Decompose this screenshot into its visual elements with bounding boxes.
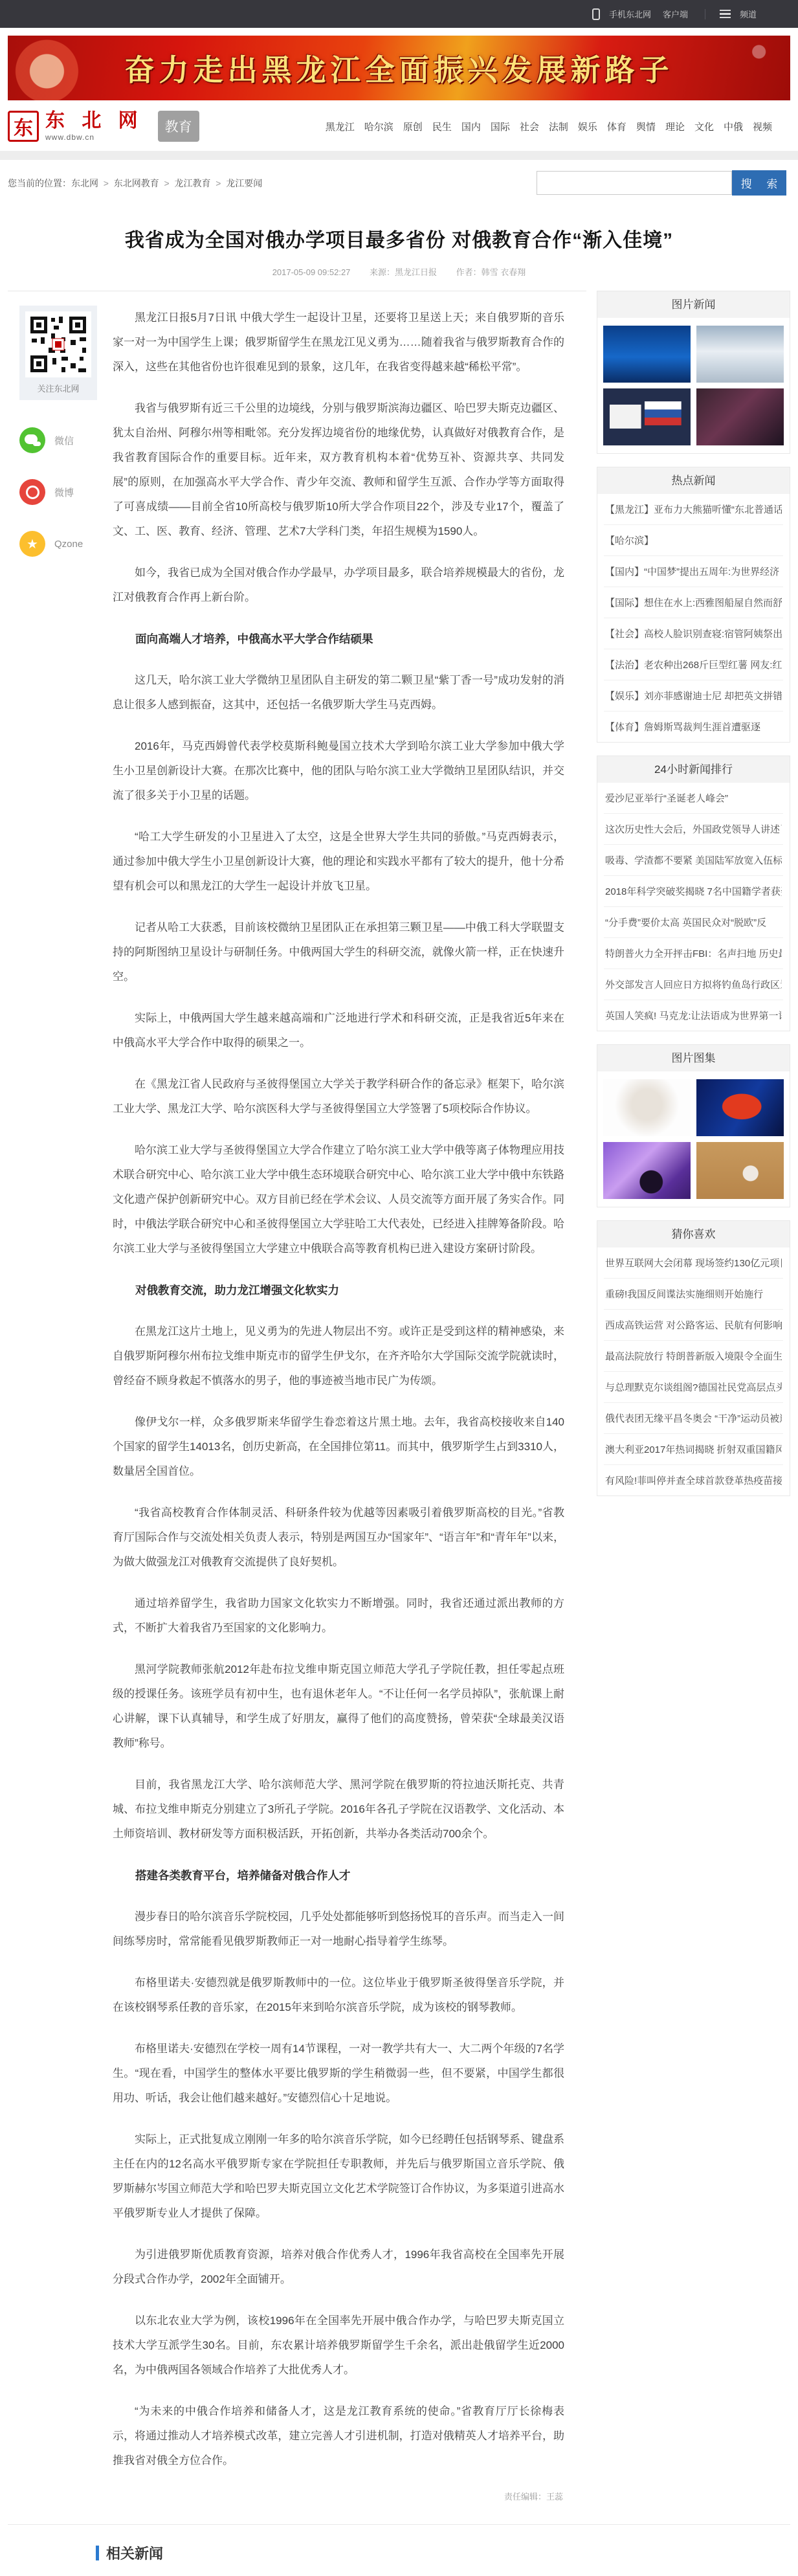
photo-news-title: 图片新闻 bbox=[597, 291, 790, 318]
nav-link[interactable]: 民生 bbox=[432, 120, 452, 133]
share-button[interactable]: 微信 bbox=[19, 427, 105, 453]
guess-you-like-block: 猜你喜欢 世界互联网大会闭幕 现场签约130亿元项目重磅!我国反间谍法实施细则开… bbox=[597, 1220, 790, 1496]
publish-date: 2017-05-09 09:52:27 bbox=[272, 267, 351, 277]
share-icon bbox=[19, 427, 45, 453]
article-paragraph: 布格里诺夫·安德烈在学校一周有14节课程，一对一教学共有大一、大二两个年级的7名… bbox=[113, 2037, 564, 2111]
article-paragraph: 目前，我省黑龙江大学、哈尔滨师范大学、黑河学院在俄罗斯的符拉迪沃斯托克、共青城、… bbox=[113, 1773, 564, 1846]
article-left-rail: 关注东北网 微信 微博 Qzone bbox=[8, 306, 105, 2522]
article-paragraph: 黑河学院教师张航2012年赴布拉戈维申斯克国立师范大学孔子学院任教，担任零起点班… bbox=[113, 1657, 564, 1756]
nav-link[interactable]: 黑龙江 bbox=[326, 120, 355, 133]
news-item-title: 詹姆斯骂裁判生涯首遭驱逐 bbox=[644, 720, 760, 734]
nav-link[interactable]: 中俄 bbox=[724, 120, 743, 133]
logo-url: www.dbw.cn bbox=[45, 133, 144, 142]
client-app-link[interactable]: 客户端 bbox=[660, 8, 691, 20]
mobile-phone-icon bbox=[592, 8, 600, 20]
news-category-tag: 【法治】 bbox=[605, 658, 644, 671]
news-photo[interactable] bbox=[603, 326, 691, 383]
article-paragraph: “我省高校教育合作体制灵活、科研条件较为优越等因素吸引着俄罗斯高校的目光。”省教… bbox=[113, 1501, 564, 1574]
news-photo[interactable] bbox=[696, 388, 784, 445]
gallery-photo[interactable] bbox=[696, 1079, 784, 1136]
breadcrumb-link[interactable]: 龙江教育 bbox=[174, 178, 226, 188]
rank-news-item[interactable]: 这次历史性大会后，外国政党领导人讲述了这 bbox=[604, 814, 783, 845]
rank-news-item[interactable]: 吸毒、学渣都不要紧 美国陆军放宽入伍标准 bbox=[604, 845, 783, 876]
recommend-news-item[interactable]: 俄代表团无缘平昌冬奥会 “干净”运动员被邀 bbox=[604, 1403, 783, 1434]
related-news-header: 相关新闻 bbox=[96, 2543, 798, 2563]
guess-you-like-title: 猜你喜欢 bbox=[597, 1221, 790, 1248]
article-paragraph: 像伊戈尔一样，众多俄罗斯来华留学生眷恋着这片黑土地。去年，我省高校接收来自140… bbox=[113, 1410, 564, 1484]
article-paragraph: 布格里诺夫·安德烈就是俄罗斯教师中的一位。这位毕业于俄罗斯圣彼得堡音乐学院，并在… bbox=[113, 1971, 564, 2020]
nav-link[interactable]: 娱乐 bbox=[578, 120, 597, 133]
photo-gallery-block: 图片图集 bbox=[597, 1044, 790, 1207]
news-category-tag: 【哈尔滨】 bbox=[605, 533, 654, 547]
news-item-title: 想住在水上:西雅图船屋自然而舒 bbox=[644, 596, 782, 609]
share-panel: 微信 微博 Qzone bbox=[19, 427, 105, 557]
article-paragraph: 为引进俄罗斯优质教育资源，培养对俄合作优秀人才，1996年我省高校在全国率先开展… bbox=[113, 2243, 564, 2292]
rank-24h-block: 24小时新闻排行 爱沙尼亚举行“圣诞老人峰会”这次历史性大会后，外国政党领导人讲… bbox=[597, 756, 790, 1031]
rank-news-item[interactable]: 特朗普火力全开抨击FBI：名声扫地 历史最糟 bbox=[604, 938, 783, 969]
article-column: 关注东北网 微信 微博 Qzone bbox=[8, 291, 586, 2522]
site-header: 东 东 北 网 www.dbw.cn 教育 黑龙江哈尔滨原创民生国内国际社会法制… bbox=[0, 100, 798, 151]
rank-news-item[interactable]: 外交部发言人回应日方拟将钓鱼岛行政区划更 bbox=[604, 969, 783, 1000]
nav-link[interactable]: 哈尔滨 bbox=[364, 120, 393, 133]
news-category-tag: 【社会】 bbox=[605, 627, 644, 640]
main-nav: 黑龙江哈尔滨原创民生国内国际社会法制娱乐体育舆情理论文化中俄视频 bbox=[326, 120, 790, 133]
share-button[interactable]: Qzone bbox=[19, 531, 105, 557]
search-box: 搜 索 bbox=[537, 170, 790, 196]
article-meta: 2017-05-09 09:52:27 来源：黑龙江日报 作者：韩雪 衣春翔 bbox=[0, 265, 798, 278]
news-category-tag: 【黑龙江】 bbox=[605, 502, 654, 516]
promo-banner[interactable]: 奋力走出黑龙江全面振兴发展新路子 bbox=[8, 36, 790, 100]
recommend-news-item[interactable]: 澳大利亚2017年热词揭晓 折射双重国籍风波 bbox=[604, 1434, 783, 1465]
article-paragraph: 通过培养留学生，我省助力国家文化软实力不断增强。同时，我省还通过派出教师的方式，… bbox=[113, 1591, 564, 1641]
article-paragraph: 以东北农业大学为例，该校1996年在全国率先开展中俄合作办学，与哈巴罗夫斯克国立… bbox=[113, 2309, 564, 2382]
breadcrumb: 您当前的位置：东北网东北网教育龙江教育龙江要闻 bbox=[8, 177, 262, 190]
nav-link[interactable]: 原创 bbox=[403, 120, 423, 133]
nav-link[interactable]: 视频 bbox=[753, 120, 772, 133]
photo-gallery-title: 图片图集 bbox=[597, 1045, 790, 1071]
sidebar: 图片新闻 热点新闻 【黑龙江】 亚布力大熊猫听懂“东北普通话” 【哈尔滨】 bbox=[597, 291, 790, 1496]
news-item-title: 亚布力大熊猫听懂“东北普通话” bbox=[654, 502, 782, 516]
article-paragraph: “为未来的中俄合作培养和储备人才，这是龙江教育系统的使命。”省教育厅厅长徐梅表示… bbox=[113, 2399, 564, 2473]
article-paragraph: “哈工大学生研发的小卫星进入了太空，这是全世界大学生共同的骄傲。”马克西姆表示，… bbox=[113, 825, 564, 899]
photo-news-block: 图片新闻 bbox=[597, 291, 790, 454]
search-input[interactable] bbox=[537, 171, 732, 195]
related-news-title: 相关新闻 bbox=[106, 2543, 163, 2563]
article-paragraph: 搭建各类教育平台，培养储备对俄合作人才 bbox=[113, 1863, 564, 1888]
related-divider bbox=[8, 2524, 790, 2525]
rank-news-item[interactable]: 爱沙尼亚举行“圣诞老人峰会” bbox=[604, 783, 783, 814]
article-paragraph: 记者从哈工大获悉，目前该校微纳卫星团队正在承担第三颗卫星——中俄工科大学联盟支持… bbox=[113, 915, 564, 989]
share-icon bbox=[19, 531, 45, 557]
article-paragraph: 实际上，中俄两国大学生越来越高端和广泛地进行学术和科研交流，正是我省近5年来在中… bbox=[113, 1006, 564, 1055]
banner-slogan: 奋力走出黑龙江全面振兴发展新路子 bbox=[125, 47, 674, 89]
news-photo[interactable] bbox=[603, 388, 691, 445]
gallery-photo[interactable] bbox=[696, 1142, 784, 1199]
hot-news-item[interactable]: 【法治】 老农种出268斤巨型红薯 网友:红 bbox=[604, 649, 783, 680]
share-label: Qzone bbox=[54, 539, 83, 550]
news-photo[interactable] bbox=[696, 326, 784, 383]
rank-24h-title: 24小时新闻排行 bbox=[597, 756, 790, 783]
news-item-title: 刘亦菲感谢迪士尼 却把英文拼错 bbox=[644, 689, 782, 702]
hot-news-item[interactable]: 【哈尔滨】 bbox=[604, 525, 783, 556]
edition-badge: 教育 bbox=[158, 111, 199, 142]
gallery-photo[interactable] bbox=[603, 1079, 691, 1136]
recommend-news-item[interactable]: 有风险!菲叫停并查全球首款登革热疫苗接种 bbox=[604, 1465, 783, 1495]
topbar: 手机东北网 客户端 频道 bbox=[0, 0, 798, 28]
article-paragraph: 漫步春日的哈尔滨音乐学院校园，几乎处处都能够听到悠扬悦耳的音乐声。而当走入一间间… bbox=[113, 1905, 564, 1954]
share-label: 微博 bbox=[54, 486, 74, 499]
gallery-photo[interactable] bbox=[603, 1142, 691, 1199]
article-paragraph: 对俄教育交流，助力龙江增强文化软实力 bbox=[113, 1278, 564, 1303]
qr-card: 关注东北网 bbox=[19, 306, 97, 400]
article-paragraph: 如今，我省已成为全国对俄合作办学最早，办学项目最多，联合培养规模最大的省份，龙江… bbox=[113, 561, 564, 610]
recommend-news-item[interactable]: 西成高铁运营 对公路客运、民航有何影响? bbox=[604, 1310, 783, 1341]
hot-news-item[interactable]: 【国内】 “中国梦”提出五周年:为世界经济 bbox=[604, 556, 783, 587]
article-paragraph: 黑龙江日报5月7日讯 中俄大学生一起设计卫星，还要将卫星送上天；来自俄罗斯的音乐… bbox=[113, 306, 564, 379]
header-divider-strip bbox=[0, 151, 798, 160]
breadcrumb-link[interactable]: 东北网 bbox=[71, 178, 114, 188]
breadcrumb-prefix: 您当前的位置： bbox=[8, 178, 71, 188]
hot-news-item[interactable]: 【国际】 想住在水上:西雅图船屋自然而舒 bbox=[604, 587, 783, 618]
news-category-tag: 【国际】 bbox=[605, 596, 644, 609]
breadcrumb-link[interactable]: 龙江要闻 bbox=[226, 178, 262, 188]
mobile-site-link[interactable]: 手机东北网 bbox=[606, 8, 654, 20]
editor-credit: 责任编辑：王蕊 bbox=[113, 2490, 563, 2502]
recommend-news-item[interactable]: 最高法院放行 特朗普新版入境限令全面生效 bbox=[604, 1341, 783, 1372]
hot-news-item[interactable]: 【黑龙江】 亚布力大熊猫听懂“东北普通话” bbox=[604, 494, 783, 525]
search-button[interactable]: 搜 索 bbox=[732, 170, 786, 196]
news-category-tag: 【体育】 bbox=[605, 720, 644, 734]
logo-text: 东 北 网 bbox=[45, 111, 144, 131]
hot-news-item[interactable]: 【娱乐】 刘亦菲感谢迪士尼 却把英文拼错 bbox=[604, 680, 783, 711]
rank-news-item[interactable]: 2018年科学突破奖揭晓 7名中国籍学者获奖 bbox=[604, 876, 783, 907]
share-icon bbox=[19, 479, 45, 505]
article-body: 黑龙江日报5月7日讯 中俄大学生一起设计卫星，还要将卫星送上天；来自俄罗斯的音乐… bbox=[105, 306, 586, 2522]
recommend-news-item[interactable]: 世界互联网大会闭幕 现场签约130亿元项目 bbox=[604, 1248, 783, 1279]
breadcrumb-row: 您当前的位置：东北网东北网教育龙江教育龙江要闻 搜 索 bbox=[0, 160, 798, 205]
news-item-title: 老农种出268斤巨型红薯 网友:红 bbox=[644, 658, 782, 671]
breadcrumb-link[interactable]: 东北网教育 bbox=[114, 178, 175, 188]
article-paragraph: 我省与俄罗斯有近三千公里的边境线，分别与俄罗斯滨海边疆区、哈巴罗夫斯克边疆区、犹… bbox=[113, 396, 564, 544]
article-paragraph: 在《黑龙江省人民政府与圣彼得堡国立大学关于教学科研合作的备忘录》框架下，哈尔滨工… bbox=[113, 1072, 564, 1121]
rank-news-item[interactable]: “分手费”要价太高 英国民众对“脱欧”反 bbox=[604, 907, 783, 938]
article-author: 作者：韩雪 衣春翔 bbox=[456, 267, 526, 277]
topbar-separator bbox=[705, 9, 705, 19]
nav-link[interactable]: 理论 bbox=[665, 120, 685, 133]
article-paragraph: 2016年，马克西姆曾代表学校莫斯科鲍曼国立技术大学到哈尔滨工业大学参加中俄大学… bbox=[113, 734, 564, 808]
article-paragraph: 实际上，正式批复成立刚刚一年多的哈尔滨音乐学院，如今已经聘任包括钢琴系、键盘系主… bbox=[113, 2127, 564, 2226]
news-category-tag: 【国内】 bbox=[605, 565, 644, 578]
dbw-logo-icon: 东 bbox=[8, 111, 39, 142]
nav-link[interactable]: 社会 bbox=[520, 120, 539, 133]
article-paragraph: 面向高端人才培养，中俄高水平大学合作结硕果 bbox=[113, 627, 564, 651]
news-item-title: 高校人脸识别查寝:宿管阿姨祭出 bbox=[644, 627, 782, 640]
article-paragraph: 哈尔滨工业大学与圣彼得堡国立大学合作建立了哈尔滨工业大学中俄等离子体物理应用技术… bbox=[113, 1138, 564, 1261]
channels-link[interactable]: 频道 bbox=[737, 8, 759, 20]
news-category-tag: 【娱乐】 bbox=[605, 689, 644, 702]
rank-news-item[interactable]: 英国人笑疯! 马克龙:让法语成为世界第一语 bbox=[604, 1000, 783, 1031]
hot-news-title: 热点新闻 bbox=[597, 467, 790, 494]
recommend-news-item[interactable]: 与总理默克尔谈组阁?德国社民党高层点头了! bbox=[604, 1372, 783, 1403]
hot-news-item[interactable]: 【社会】 高校人脸识别查寝:宿管阿姨祭出 bbox=[604, 618, 783, 649]
hot-news-item[interactable]: 【体育】 詹姆斯骂裁判生涯首遭驱逐 bbox=[604, 711, 783, 742]
news-item-title: “中国梦”提出五周年:为世界经济 bbox=[644, 565, 779, 578]
article-paragraph: 这几天，哈尔滨工业大学微纳卫星团队自主研发的第二颗卫星“紫丁香一号”成功发射的消… bbox=[113, 668, 564, 717]
related-accent-bar bbox=[96, 2546, 99, 2560]
qr-caption: 关注东北网 bbox=[25, 377, 91, 396]
nav-link[interactable]: 文化 bbox=[694, 120, 714, 133]
nav-link[interactable]: 舆情 bbox=[636, 120, 656, 133]
nav-link[interactable]: 体育 bbox=[607, 120, 626, 133]
page-title: 我省成为全国对俄办学项目最多省份 对俄教育合作“渐入佳境” bbox=[26, 224, 772, 252]
nav-link[interactable]: 国内 bbox=[461, 120, 481, 133]
article-source: 来源：黑龙江日报 bbox=[370, 267, 437, 277]
site-logo[interactable]: 东 东 北 网 www.dbw.cn 教育 bbox=[8, 111, 199, 142]
article-paragraph: 在黑龙江这片土地上，见义勇为的先进人物层出不穷。或许正是受到这样的精神感染，来自… bbox=[113, 1319, 564, 1393]
nav-link[interactable]: 法制 bbox=[549, 120, 568, 133]
share-label: 微信 bbox=[54, 434, 74, 447]
hot-news-block: 热点新闻 【黑龙江】 亚布力大熊猫听懂“东北普通话” 【哈尔滨】 【国内】 bbox=[597, 467, 790, 743]
recommend-news-item[interactable]: 重磅!我国反间谍法实施细则开始施行 bbox=[604, 1279, 783, 1310]
share-button[interactable]: 微博 bbox=[19, 479, 105, 505]
qr-code bbox=[25, 311, 91, 377]
hamburger-menu-icon bbox=[720, 10, 731, 18]
nav-link[interactable]: 国际 bbox=[491, 120, 510, 133]
